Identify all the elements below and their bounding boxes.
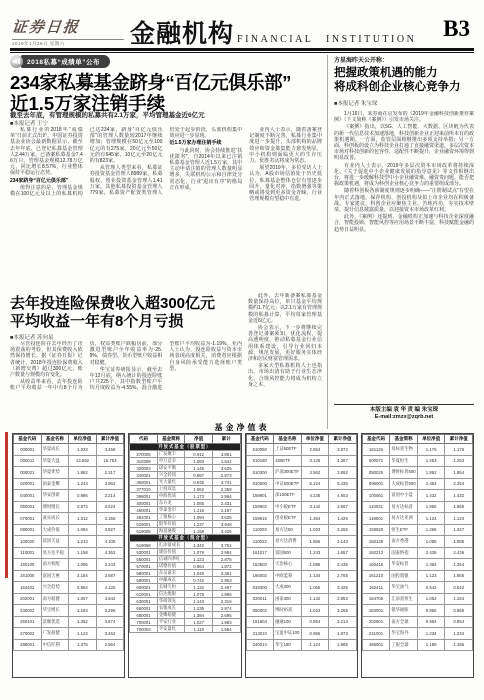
body-paragraph: 此外，去年新备案私募基金数量保持高位，单只基金平均规模约1.7亿元；以2.1万家…	[248, 293, 322, 324]
table-cell: 易方达标普	[390, 501, 418, 513]
table-cell: 2.875	[212, 556, 240, 563]
table-cell: 华宝油气	[390, 582, 418, 594]
table-cell: 金鹰稳健	[157, 612, 185, 619]
table-cell: 3.296	[96, 605, 124, 617]
table-row: 377010上投双息1.0622.358	[130, 486, 240, 493]
table-cell: 中信红利	[41, 639, 69, 651]
table-cell: 162411	[362, 582, 390, 594]
table-cell: 1.865	[417, 501, 445, 513]
table-cell: 050001	[14, 501, 42, 513]
table-cell: 1.076	[185, 591, 213, 598]
table-cell: 1.062	[417, 593, 445, 605]
table-row: 110031易方达标普1.8651.865	[362, 501, 472, 513]
section-title-en: FINANCIAL INSTITUTION	[237, 34, 416, 45]
table-cell: 202001	[14, 593, 42, 605]
table-cell: 国泰金鹰	[41, 478, 69, 490]
table-cell: 1.084	[69, 524, 97, 536]
table-row: 270002广发稳健1.1243.462	[14, 628, 124, 640]
table-cell: 13.592	[69, 455, 97, 467]
article1-body: 私募行业的2018年“成绩单”日前正式出炉。中国证券投资基金业协会最新数据显示，…	[10, 127, 322, 288]
table-cell: 富国中小盘	[390, 490, 418, 502]
table-cell: 平安量化	[157, 626, 185, 633]
table-cell: 0.912	[185, 451, 213, 458]
table-cell: 1.123	[417, 570, 445, 582]
table-cell: 110031	[362, 501, 390, 513]
table-cell: 510050	[246, 444, 274, 456]
table-cell: 519001	[130, 521, 158, 528]
table-cell: 广发聚丰	[157, 451, 185, 458]
table-section-label: 开放式基金（混合型）	[130, 535, 240, 542]
table-cell: 3.243	[96, 559, 124, 571]
table-cell: 1.123	[185, 556, 213, 563]
table-cell: 3.142	[301, 501, 329, 513]
fund-table-header-cell: 净值	[185, 435, 213, 444]
table-cell: 景顺优选	[41, 616, 69, 628]
table-cell: 2.358	[212, 486, 240, 493]
table-cell: 0.742	[185, 577, 213, 584]
table-cell: 0.986	[69, 490, 97, 502]
table-row: 680001金鹰稳健1.3842.695	[130, 612, 240, 619]
table-cell: 1.234	[417, 628, 445, 640]
masthead-rule-thin	[10, 52, 474, 53]
table-cell: 0.964	[185, 563, 213, 570]
table-cell: 163402	[14, 582, 42, 594]
table-cell: 0.865	[445, 605, 473, 617]
table-cell: 1.432	[445, 490, 473, 502]
table-cell: 270002	[14, 628, 42, 640]
table-cell: 1.045	[185, 570, 213, 577]
table-cell: 1.062	[185, 486, 213, 493]
article2-body: 尽管投连险在去年经历了市场震荡的考验，但其保费收入依然保持增长。据《证券日报》记…	[10, 341, 242, 428]
table-cell: 3.587	[96, 570, 124, 582]
table-cell: 中证500ETF	[274, 478, 302, 490]
fund-table-header-cell: 累计	[212, 435, 240, 444]
table-row: 519001银华价值1.2373.948	[130, 521, 240, 528]
table-cell: 550001	[130, 556, 158, 563]
table-cell: 161126	[362, 444, 390, 456]
table-cell: 1.158	[69, 547, 97, 559]
table-row: 161126易标普生物1.1761.176	[362, 444, 472, 456]
table-cell: 汇添富恒生	[390, 593, 418, 605]
article3-kicker: 方星海昨天公开称：	[334, 55, 474, 64]
table-cell: 3.872	[329, 444, 357, 456]
table-cell: 510300	[246, 467, 274, 479]
table-cell: 中海优质	[157, 493, 185, 500]
table-cell: 华夏优势	[41, 467, 69, 479]
body-paragraph: 随着科创板各项制度规则逐步明确——“注册制试点”有望在年内正式落地，保荐机构、创…	[334, 188, 474, 213]
table-cell: 118001	[362, 513, 390, 525]
table-cell: 1.085	[301, 559, 329, 571]
fund-table-header-cell: 基金名称	[41, 435, 69, 444]
table-cell: 5.436	[329, 478, 357, 490]
table-cell: 1.023	[301, 524, 329, 536]
table-cell: 东吴嘉禾	[157, 570, 185, 577]
table-cell: 700001	[130, 619, 158, 626]
table-row: 240002华宝增长1.1833.296	[14, 605, 124, 617]
table-cell: 1.065	[301, 582, 329, 594]
newspaper-logo: 证券日报 2019年1月26日 星期六	[12, 16, 124, 47]
table-cell: 3.625	[212, 514, 240, 521]
table-cell: 华安创新	[41, 490, 69, 502]
table-cell: 沪深300ETF	[274, 467, 302, 479]
table-cell: 000021	[14, 467, 42, 479]
table-cell: 3.214	[329, 616, 357, 628]
table-cell: 260101	[14, 616, 42, 628]
table-cell: 2.154	[69, 570, 97, 582]
fund-table-title: 基金净值表	[0, 422, 484, 433]
table-cell: 1.132	[301, 593, 329, 605]
table-cell: 680001	[130, 612, 158, 619]
table-row: 320003诺安平衡1.1463.625	[130, 465, 240, 472]
body-paragraph: 《案例》指出，以5G、人工智能、大数据、区块链为代表的新一代信息技术加速落地，科…	[334, 124, 474, 161]
table-cell: 1.213	[69, 536, 97, 548]
table-row: 510050上证50ETF2.6543.872	[246, 444, 356, 456]
table-cell: 1.865	[445, 570, 473, 582]
fund-table-header-cell: 累计净值	[96, 435, 124, 444]
page-editor-footer: 本版主编 袁 华 责 编 朱宝琛 E-mail:zmzx@zqrb.net	[334, 404, 474, 421]
table-cell: 2.436	[445, 547, 473, 559]
table-row: 159902中小板ETF3.1423.587	[246, 501, 356, 513]
table-row: 530001建信价值1.0762.984	[130, 549, 240, 556]
table-cell: 易方达50	[274, 524, 302, 536]
table-cell: 100061	[362, 490, 390, 502]
table-cell: 2.361	[212, 570, 240, 577]
table-cell: 嘉实成长	[41, 513, 69, 525]
table-cell: 660001	[130, 605, 158, 612]
table-cell: 1.094	[185, 514, 213, 521]
fund-table-header-cell: 累计净值	[329, 435, 357, 444]
table-cell: 000001	[14, 444, 42, 456]
table-row: 510300沪深300ETF3.5623.892	[246, 467, 356, 479]
table-row: 519068汇添富成长1.3423.751	[130, 542, 240, 549]
table-cell: 大成300	[274, 582, 302, 594]
table-cell: 平安行业	[157, 619, 185, 626]
table-cell: 1.862	[69, 467, 97, 479]
table-cell: 610001	[130, 591, 158, 598]
table-cell: 诺德价值	[157, 563, 185, 570]
body-subhead: 近1.5万家办理注销手续	[170, 140, 243, 146]
table-cell: 华宝增长	[41, 605, 69, 617]
table-cell: 2.317	[96, 467, 124, 479]
table-cell: 3.874	[96, 616, 124, 628]
newspaper-page: 证券日报 2019年1月26日 星期六 金融机构FINANCIAL INSTIT…	[0, 0, 484, 700]
table-cell: 570001	[130, 563, 158, 570]
table-row: 340001兴全转债0.9872.873	[130, 472, 240, 479]
table-cell: 0.854	[301, 616, 329, 628]
table-cell: 600001	[130, 584, 158, 591]
table-cell: 240002	[14, 605, 42, 617]
table-row: 164705汇添富恒生1.0621.154	[362, 593, 472, 605]
table-row: 159901深100ETF4.2354.653	[246, 490, 356, 502]
table-row: 600001长城久恒1.1322.467	[130, 584, 240, 591]
table-cell: 3.542	[96, 593, 124, 605]
table-row: 398001中海优质1.1732.964	[130, 493, 240, 500]
article3: 方星海昨天公开称： 把握政策机遇的能力 将成科创企业核心竞争力 ■本报记者 朱宝…	[334, 55, 474, 398]
table-row: 580001东吴嘉禾1.0452.361	[130, 570, 240, 577]
table-cell: 兴全转债	[157, 472, 185, 479]
table-cell: 3.751	[212, 542, 240, 549]
table-cell: 213010	[246, 628, 274, 640]
table-cell: 1.865	[301, 536, 329, 548]
table-cell: 0.954	[417, 616, 445, 628]
table-row: 241001华宝海外1.2341.234	[362, 628, 472, 640]
table-cell: 240014	[246, 639, 274, 651]
table-row: 161005富国天惠2.1543.587	[14, 570, 124, 582]
table-cell: 0.987	[185, 472, 213, 479]
table-cell: 2.431	[212, 500, 240, 507]
table-cell: 159920	[362, 524, 390, 536]
table-row: 开放式基金（股票型）	[130, 444, 240, 451]
table-cell: 070001	[14, 513, 42, 525]
body-paragraph: 与此同时，协会持续推进“扶优限劣”，自2014年以来已注销私募基金管理人近1.5…	[170, 148, 243, 191]
table-cell: 1.873	[329, 628, 357, 640]
logo-date: 2019年1月26日 星期六	[12, 39, 124, 47]
table-cell: 1.124	[445, 513, 473, 525]
table-cell: 东方龙	[157, 500, 185, 507]
table-row: 090001大成价值1.0843.927	[14, 524, 124, 536]
table-cell: 0.864	[69, 582, 97, 594]
table-cell: 2.953	[212, 577, 240, 584]
table-row: 360001光大量化0.9353.741	[130, 479, 240, 486]
table-cell: 000011	[14, 455, 42, 467]
table-cell: 1.352	[69, 616, 97, 628]
section-title: 金融机构FINANCIAL INSTITUTION	[130, 14, 354, 50]
table-row: 700003平安量化1.1181.654	[130, 626, 240, 633]
article3-body: 1月16日，某券商在京发布的《2019年金融科技创新推荐案例》（下文简称《案例》…	[334, 111, 474, 398]
table-cell: 宝盈中证100	[274, 628, 302, 640]
table-cell: 5.124	[301, 478, 329, 490]
table-cell: 4.105	[96, 536, 124, 548]
fund-table-header-cell: 基金代码	[362, 435, 390, 444]
table-row: 270005广发聚丰0.9123.851	[130, 451, 240, 458]
table-cell: 1.023	[301, 605, 329, 617]
table-cell: 1.154	[445, 593, 473, 605]
table-cell: 2.143	[329, 536, 357, 548]
table-row: 610001信达澳银1.0761.985	[130, 591, 240, 598]
table-cell: 博时裕富	[274, 605, 302, 617]
table-cell: 160416	[362, 559, 390, 571]
table-cell: 农银成长	[157, 605, 185, 612]
table-cell: 3.948	[212, 521, 240, 528]
fund-table-panel-2: 代码基金简称净值累计开放式基金（股票型）270005广发聚丰0.9123.851…	[128, 433, 241, 678]
fund-table-header-cell: 单位净值	[417, 435, 445, 444]
table-cell: 160125	[362, 536, 390, 548]
table-cell: 040001	[14, 490, 42, 502]
table-cell: 0.542	[445, 582, 473, 594]
table-cell: 110001	[14, 547, 42, 559]
table-cell: 富国天益	[41, 536, 69, 548]
table-cell: 富国天惠	[41, 570, 69, 582]
table-cell: 工银全球	[390, 639, 418, 651]
table-cell: 华夏恒生	[390, 455, 418, 467]
table-row: 110022易方达消费1.8652.143	[246, 536, 356, 548]
table-cell: 110003	[246, 524, 274, 536]
table-cell: 华夏大盘	[41, 455, 69, 467]
table-row: 202801南方全球0.9540.954	[362, 616, 472, 628]
table-row: 000071华夏恒生1.2531.253	[362, 455, 472, 467]
table-cell: 1.426	[329, 513, 357, 525]
table-cell: 270005	[130, 451, 158, 458]
table-cell: 3.892	[329, 467, 357, 479]
table-row: 070001嘉实成长1.3123.156	[14, 513, 124, 525]
page-number: B3	[443, 16, 470, 42]
table-cell: 1.118	[185, 626, 213, 633]
table-cell: 1.134	[301, 570, 329, 582]
table-cell: 510180	[246, 455, 274, 467]
table-cell: 020001	[14, 478, 42, 490]
table-cell: 1.327	[445, 524, 473, 536]
table-row: 570001诺德价值0.9641.872	[130, 563, 240, 570]
table-cell: 1.253	[445, 455, 473, 467]
table-row: 590001中邮成长0.7422.953	[130, 577, 240, 584]
table-row: 240014华宝1801.1241.985	[246, 639, 356, 651]
table-cell: 光大量化	[157, 479, 185, 486]
table-cell: 上投双息	[157, 486, 185, 493]
table-cell: 2.765	[329, 570, 357, 582]
table-cell: 0.954	[445, 616, 473, 628]
table-cell: 2.316	[212, 598, 240, 605]
table-cell: 090001	[14, 524, 42, 536]
table-row: 159915创业板ETF1.3541.426	[246, 513, 356, 525]
red-margin-strip	[5, 432, 8, 578]
table-cell: 建信价值	[157, 549, 185, 556]
table-cell: 400001	[130, 500, 158, 507]
table-row: 160416华安标普1.3541.354	[362, 559, 472, 571]
table-cell: 华宝180	[274, 639, 302, 651]
fund-table-header-cell: 基金名称	[274, 435, 302, 444]
table-cell: 202801	[362, 616, 390, 628]
table-row: 660001农银成长1.2352.874	[130, 605, 240, 612]
table-cell: 1.158	[185, 528, 213, 535]
table-cell: 博时标普500	[390, 467, 418, 479]
table-cell: 1.234	[445, 628, 473, 640]
megaphone-icon	[10, 55, 23, 68]
editor-email: E-mail:zmzx@zqrb.net	[334, 414, 474, 421]
table-row: 100020富国天益1.2134.105	[14, 536, 124, 548]
table-row: 510180180ETF3.1254.367	[246, 455, 356, 467]
table-cell: 2.695	[212, 612, 240, 619]
table-cell: 3.927	[96, 524, 124, 536]
table-cell: 1.176	[417, 444, 445, 456]
table-cell: 1.985	[329, 639, 357, 651]
table-cell: 国泰纳指	[390, 547, 418, 559]
table-cell: 580001	[130, 570, 158, 577]
table-row: 288001中信红利1.3752.964	[14, 639, 124, 651]
table-cell: 096001	[362, 478, 390, 490]
table-row: 开放式基金（混合型）	[130, 535, 240, 542]
table-cell: 银华价值	[157, 521, 185, 528]
table-cell: 1.085	[445, 536, 473, 548]
body-paragraph: 有业内人士表示，2019年多层次资本市场改革将持续深化，《关于促进中小企业健康发…	[334, 163, 474, 188]
table-cell: 1.354	[417, 559, 445, 571]
table-cell: 161005	[14, 570, 42, 582]
table-cell: 银华通胀	[390, 605, 418, 617]
table-row: 519300大成3001.0653.426	[246, 582, 356, 594]
article1-kicker-label: 2018私募“成绩单”公布	[21, 55, 110, 68]
table-cell: 1.985	[212, 591, 240, 598]
table-cell: 1.872	[212, 563, 240, 570]
table-row: 161017富国5001.2431.657	[246, 547, 356, 559]
body-paragraph: 展望2019年，多位受访人士认为，A股市场估值处于历史低位，私募基金整体仓位有望…	[249, 165, 322, 202]
table-row: 550001信诚四季红1.1232.875	[130, 556, 240, 563]
table-cell: 1.216	[185, 507, 213, 514]
table-cell: 3.587	[329, 501, 357, 513]
table-cell: 050025	[362, 467, 390, 479]
table-cell: 中欧蓝筹	[274, 570, 302, 582]
fund-table-header-cell: 单位净值	[301, 435, 329, 444]
table-cell: 大成标普500	[390, 478, 418, 490]
table-cell: 2.964	[96, 639, 124, 651]
table-row: 166002中欧蓝筹1.1342.765	[246, 570, 356, 582]
fund-table-header-cell: 基金简称	[390, 435, 418, 444]
table-row: 050001博时增长0.8733.624	[14, 501, 124, 513]
column-divider	[327, 55, 328, 429]
table-cell: 1.354	[445, 559, 473, 571]
table-row: 050002博时裕富1.0233.265	[246, 605, 356, 617]
table-cell: 161210	[362, 570, 390, 582]
table-cell: 519068	[130, 542, 158, 549]
table-cell: 1.183	[69, 605, 97, 617]
table-cell: 1.265	[417, 524, 445, 536]
table-cell: 110022	[246, 536, 274, 548]
table-cell: 诺安平衡	[157, 465, 185, 472]
table-cell: 1.342	[185, 542, 213, 549]
table-cell: 易方达平稳	[41, 547, 69, 559]
table-cell: 华泰金市	[157, 507, 185, 514]
table-cell: 1.253	[417, 455, 445, 467]
table-row: 096001大成标普5002.3542.354	[362, 478, 472, 490]
fund-table: 基金代码基金名称单位净值累计净值000001华夏成长1.0233.4580000…	[12, 433, 474, 678]
table-row: 486001工银全球1.1861.186	[362, 639, 472, 651]
table-cell: 16.753	[96, 455, 124, 467]
table-cell: 3.426	[212, 528, 240, 535]
table-row: 163402兴全趋势0.8644.125	[14, 582, 124, 594]
table-cell: 1.865	[445, 501, 473, 513]
table-cell: 2.187	[212, 507, 240, 514]
table-cell: 1.654	[212, 626, 240, 633]
fund-table-header-cell: 代码	[130, 435, 158, 444]
table-cell: 159901	[246, 490, 274, 502]
article2-headline-line2: 平均收益一年有8个月亏损	[10, 310, 246, 331]
fund-table-header-cell: 单位净值	[69, 435, 97, 444]
table-cell: 1.176	[445, 444, 473, 456]
table-row: 213010宝盈中证1000.9651.873	[246, 628, 356, 640]
editor-line: 本版主编 袁 华 责 编 朱宝琛	[334, 407, 474, 414]
table-row: 100061富国中小盘1.4321.432	[362, 490, 472, 502]
table-cell: 164705	[362, 593, 390, 605]
table-cell: 兴全趋势	[41, 582, 69, 594]
table-cell: 377010	[130, 486, 158, 493]
table-cell: 易标普生物	[390, 444, 418, 456]
table-cell: 3.462	[96, 628, 124, 640]
table-cell: 398001	[130, 493, 158, 500]
article3-headline-line1: 把握政策机遇的能力	[334, 66, 474, 80]
table-row: 020011国泰3001.1322.853	[246, 593, 356, 605]
table-cell: 上证50ETF	[274, 444, 302, 456]
table-cell: 1.124	[417, 513, 445, 525]
table-row: 162411华宝油气0.5420.542	[362, 582, 472, 594]
table-cell: 2.853	[329, 593, 357, 605]
body-paragraph: 协会表示，下一步将继续完善登记备案须知，优化流程、提高透明度，推动私募基金行业信…	[248, 325, 322, 362]
table-cell: 1.312	[69, 513, 97, 525]
section-title-cn: 金融机构	[130, 20, 234, 48]
table-row: 160125南方香港1.0851.085	[362, 536, 472, 548]
table-cell: 1.173	[185, 493, 213, 500]
table-cell: 2.984	[212, 549, 240, 556]
table-cell: 161017	[246, 547, 274, 559]
table-cell: 1.375	[69, 639, 97, 651]
table-cell: 310308	[130, 458, 158, 465]
